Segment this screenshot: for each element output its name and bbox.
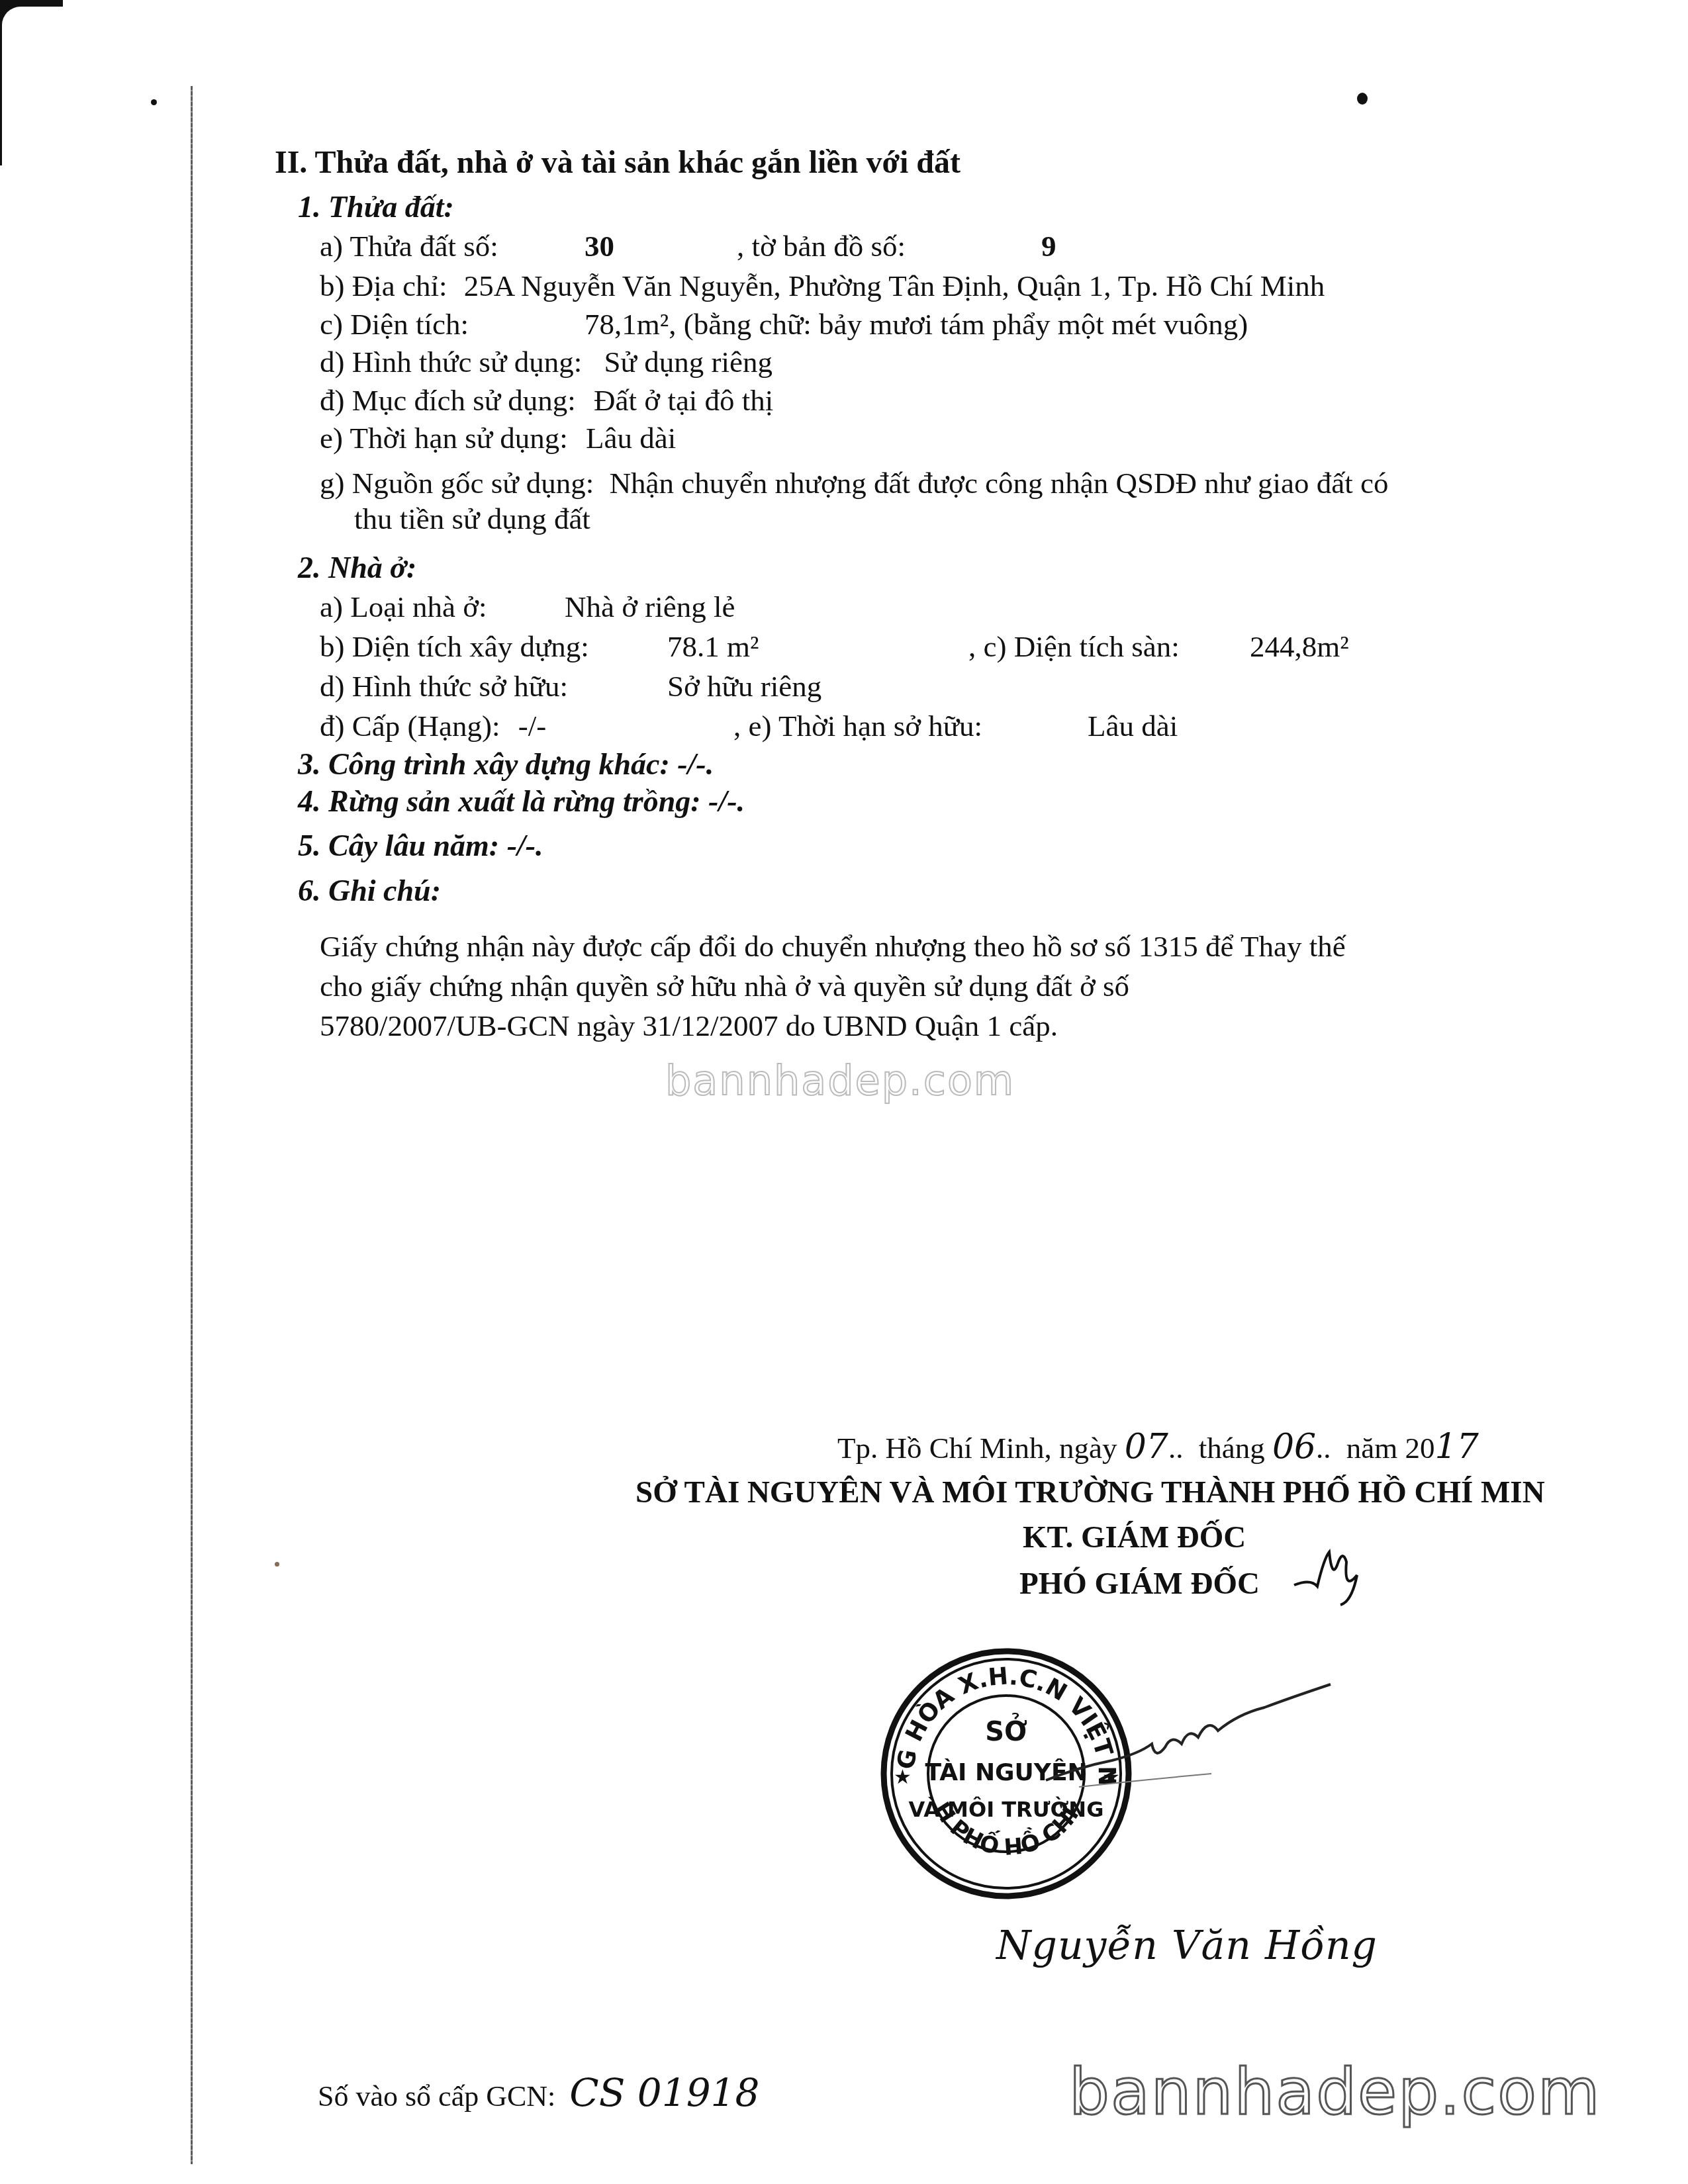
production-forest: 4. Rừng sản xuất là rừng trồng: -/-. xyxy=(298,786,745,817)
floor-area-label: , c) Diện tích sàn: xyxy=(968,632,1180,662)
house-type-label: a) Loại nhà ở: xyxy=(320,590,487,623)
section-title: II. Thửa đất, nhà ở và tài sản khác gắn … xyxy=(275,147,961,179)
parcel-label: a) Thửa đất số: xyxy=(320,230,498,263)
binding-margin-line xyxy=(191,86,193,2164)
use-form-label: d) Hình thức sử dụng: xyxy=(320,345,582,379)
purpose-value: Đất ở tại đô thị xyxy=(594,384,773,417)
build-area-value: 78.1 m² xyxy=(667,632,759,662)
house-heading: 2. Nhà ở: xyxy=(298,553,416,583)
place-date-prefix: Tp. Hồ Chí Minh, ngày xyxy=(837,1432,1117,1465)
parcel-value: 30 xyxy=(585,232,614,261)
ownership-label: d) Hình thức sở hữu: xyxy=(320,670,568,703)
area-row: c) Diện tích: 78,1m², (bằng chữ: bảy mươ… xyxy=(320,310,469,340)
svg-text:★: ★ xyxy=(894,1766,912,1789)
origin-value: Nhận chuyển nhượng đất được công nhận QS… xyxy=(610,467,1389,500)
address-value: 25A Nguyễn Văn Nguyễn, Phường Tân Định, … xyxy=(464,269,1325,302)
signer-position: PHÓ GIÁM ĐỐC xyxy=(1019,1569,1260,1600)
grade-value: -/- xyxy=(518,709,546,743)
year-label: năm 20 xyxy=(1346,1432,1435,1465)
floor-area-value: 244,8m² xyxy=(1250,632,1349,662)
scan-corner-shadow xyxy=(0,0,63,165)
parcel-row: a) Thửa đất số: 30 , tờ bản đồ số: 9 xyxy=(320,232,498,261)
registry-value: CS 01918 xyxy=(569,2070,759,2115)
house-type-row: a) Loại nhà ở: Nhà ở riêng lẻ xyxy=(320,592,487,622)
term-value: Lâu dài xyxy=(586,422,676,455)
term-row: e) Thời hạn sử dụng: Lâu dài xyxy=(320,424,676,453)
registry-label: Số vào sổ cấp GCN: xyxy=(318,2080,555,2113)
note-line: 5780/2007/UB-GCN ngày 31/12/2007 do UBND… xyxy=(320,1011,1058,1041)
place-date: Tp. Hồ Chí Minh, ngày 07.. tháng 06.. nă… xyxy=(837,1430,1479,1464)
build-area-row: b) Diện tích xây dựng: 78.1 m² , c) Diện… xyxy=(320,632,589,662)
purpose-label: đ) Mục đích sử dụng: xyxy=(320,384,576,417)
initials-scribble xyxy=(1291,1539,1377,1612)
note-line: Giấy chứng nhận này được cấp đổi do chuy… xyxy=(320,932,1346,962)
address-row: b) Địa chỉ: 25A Nguyễn Văn Nguyễn, Phườn… xyxy=(320,271,1325,301)
area-value: 78,1m², (bằng chữ: bảy mươi tám phẩy một… xyxy=(585,310,1248,340)
other-construction: 3. Công trình xây dựng khác: -/-. xyxy=(298,749,714,780)
purpose-row: đ) Mục đích sử dụng: Đất ở tại đô thị xyxy=(320,386,773,416)
origin-row: g) Nguồn gốc sử dụng: Nhận chuyển nhượng… xyxy=(320,469,1388,498)
own-term-label: , e) Thời hạn sở hữu: xyxy=(733,711,982,741)
year-handwritten: 17 xyxy=(1435,1427,1479,1467)
watermark-footer: bannhadep.com xyxy=(1069,2055,1601,2129)
origin-label: g) Nguồn gốc sử dụng: xyxy=(320,467,594,500)
day-handwritten: 07 xyxy=(1125,1427,1168,1467)
perennial-trees: 5. Cây lâu năm: -/-. xyxy=(298,831,543,861)
grade-row: đ) Cấp (Hạng): -/- , e) Thời hạn sở hữu:… xyxy=(320,711,546,741)
use-form-value: Sử dụng riêng xyxy=(604,345,773,379)
scan-speck xyxy=(275,1562,279,1567)
scan-speck xyxy=(1357,93,1368,105)
house-type-value: Nhà ở riêng lẻ xyxy=(565,592,735,622)
grade-label: đ) Cấp (Hạng): xyxy=(320,709,500,743)
signer-name: Nguyễn Văn Hồng xyxy=(996,1923,1378,1969)
use-form-row: d) Hình thức sử dụng: Sử dụng riêng xyxy=(320,347,773,377)
area-label: c) Diện tích: xyxy=(320,308,469,341)
address-label: b) Địa chỉ: xyxy=(320,269,447,302)
note-line: cho giấy chứng nhận quyền sở hữu nhà ở v… xyxy=(320,972,1129,1001)
handwritten-signature xyxy=(1039,1681,1357,1813)
land-heading: 1. Thửa đất: xyxy=(298,192,454,222)
map-value: 9 xyxy=(1041,232,1056,261)
ownership-value: Sở hữu riêng xyxy=(667,672,821,702)
on-behalf-title: KT. GIÁM ĐỐC xyxy=(1023,1522,1246,1553)
notes-heading: 6. Ghi chú: xyxy=(298,876,441,906)
origin-value-continued: thu tiền sử dụng đất xyxy=(354,504,590,534)
watermark: bannhadep.com xyxy=(665,1056,1015,1105)
month-handwritten: 06 xyxy=(1272,1427,1316,1467)
stamp-center-line1: SỞ xyxy=(985,1712,1027,1747)
term-label: e) Thời hạn sử dụng: xyxy=(320,422,568,455)
map-label: , tờ bản đồ số: xyxy=(737,232,906,261)
ownership-row: d) Hình thức sở hữu: Sở hữu riêng xyxy=(320,672,568,702)
scan-speck xyxy=(151,99,157,105)
own-term-value: Lâu dài xyxy=(1088,711,1178,741)
issuing-organization: SỞ TÀI NGUYÊN VÀ MÔI TRƯỜNG THÀNH PHỐ HỒ… xyxy=(635,1477,1545,1508)
build-area-label: b) Diện tích xây dựng: xyxy=(320,630,589,663)
month-label: tháng xyxy=(1199,1432,1265,1465)
registry-number-row: Số vào sổ cấp GCN: CS 01918 xyxy=(318,2070,759,2115)
